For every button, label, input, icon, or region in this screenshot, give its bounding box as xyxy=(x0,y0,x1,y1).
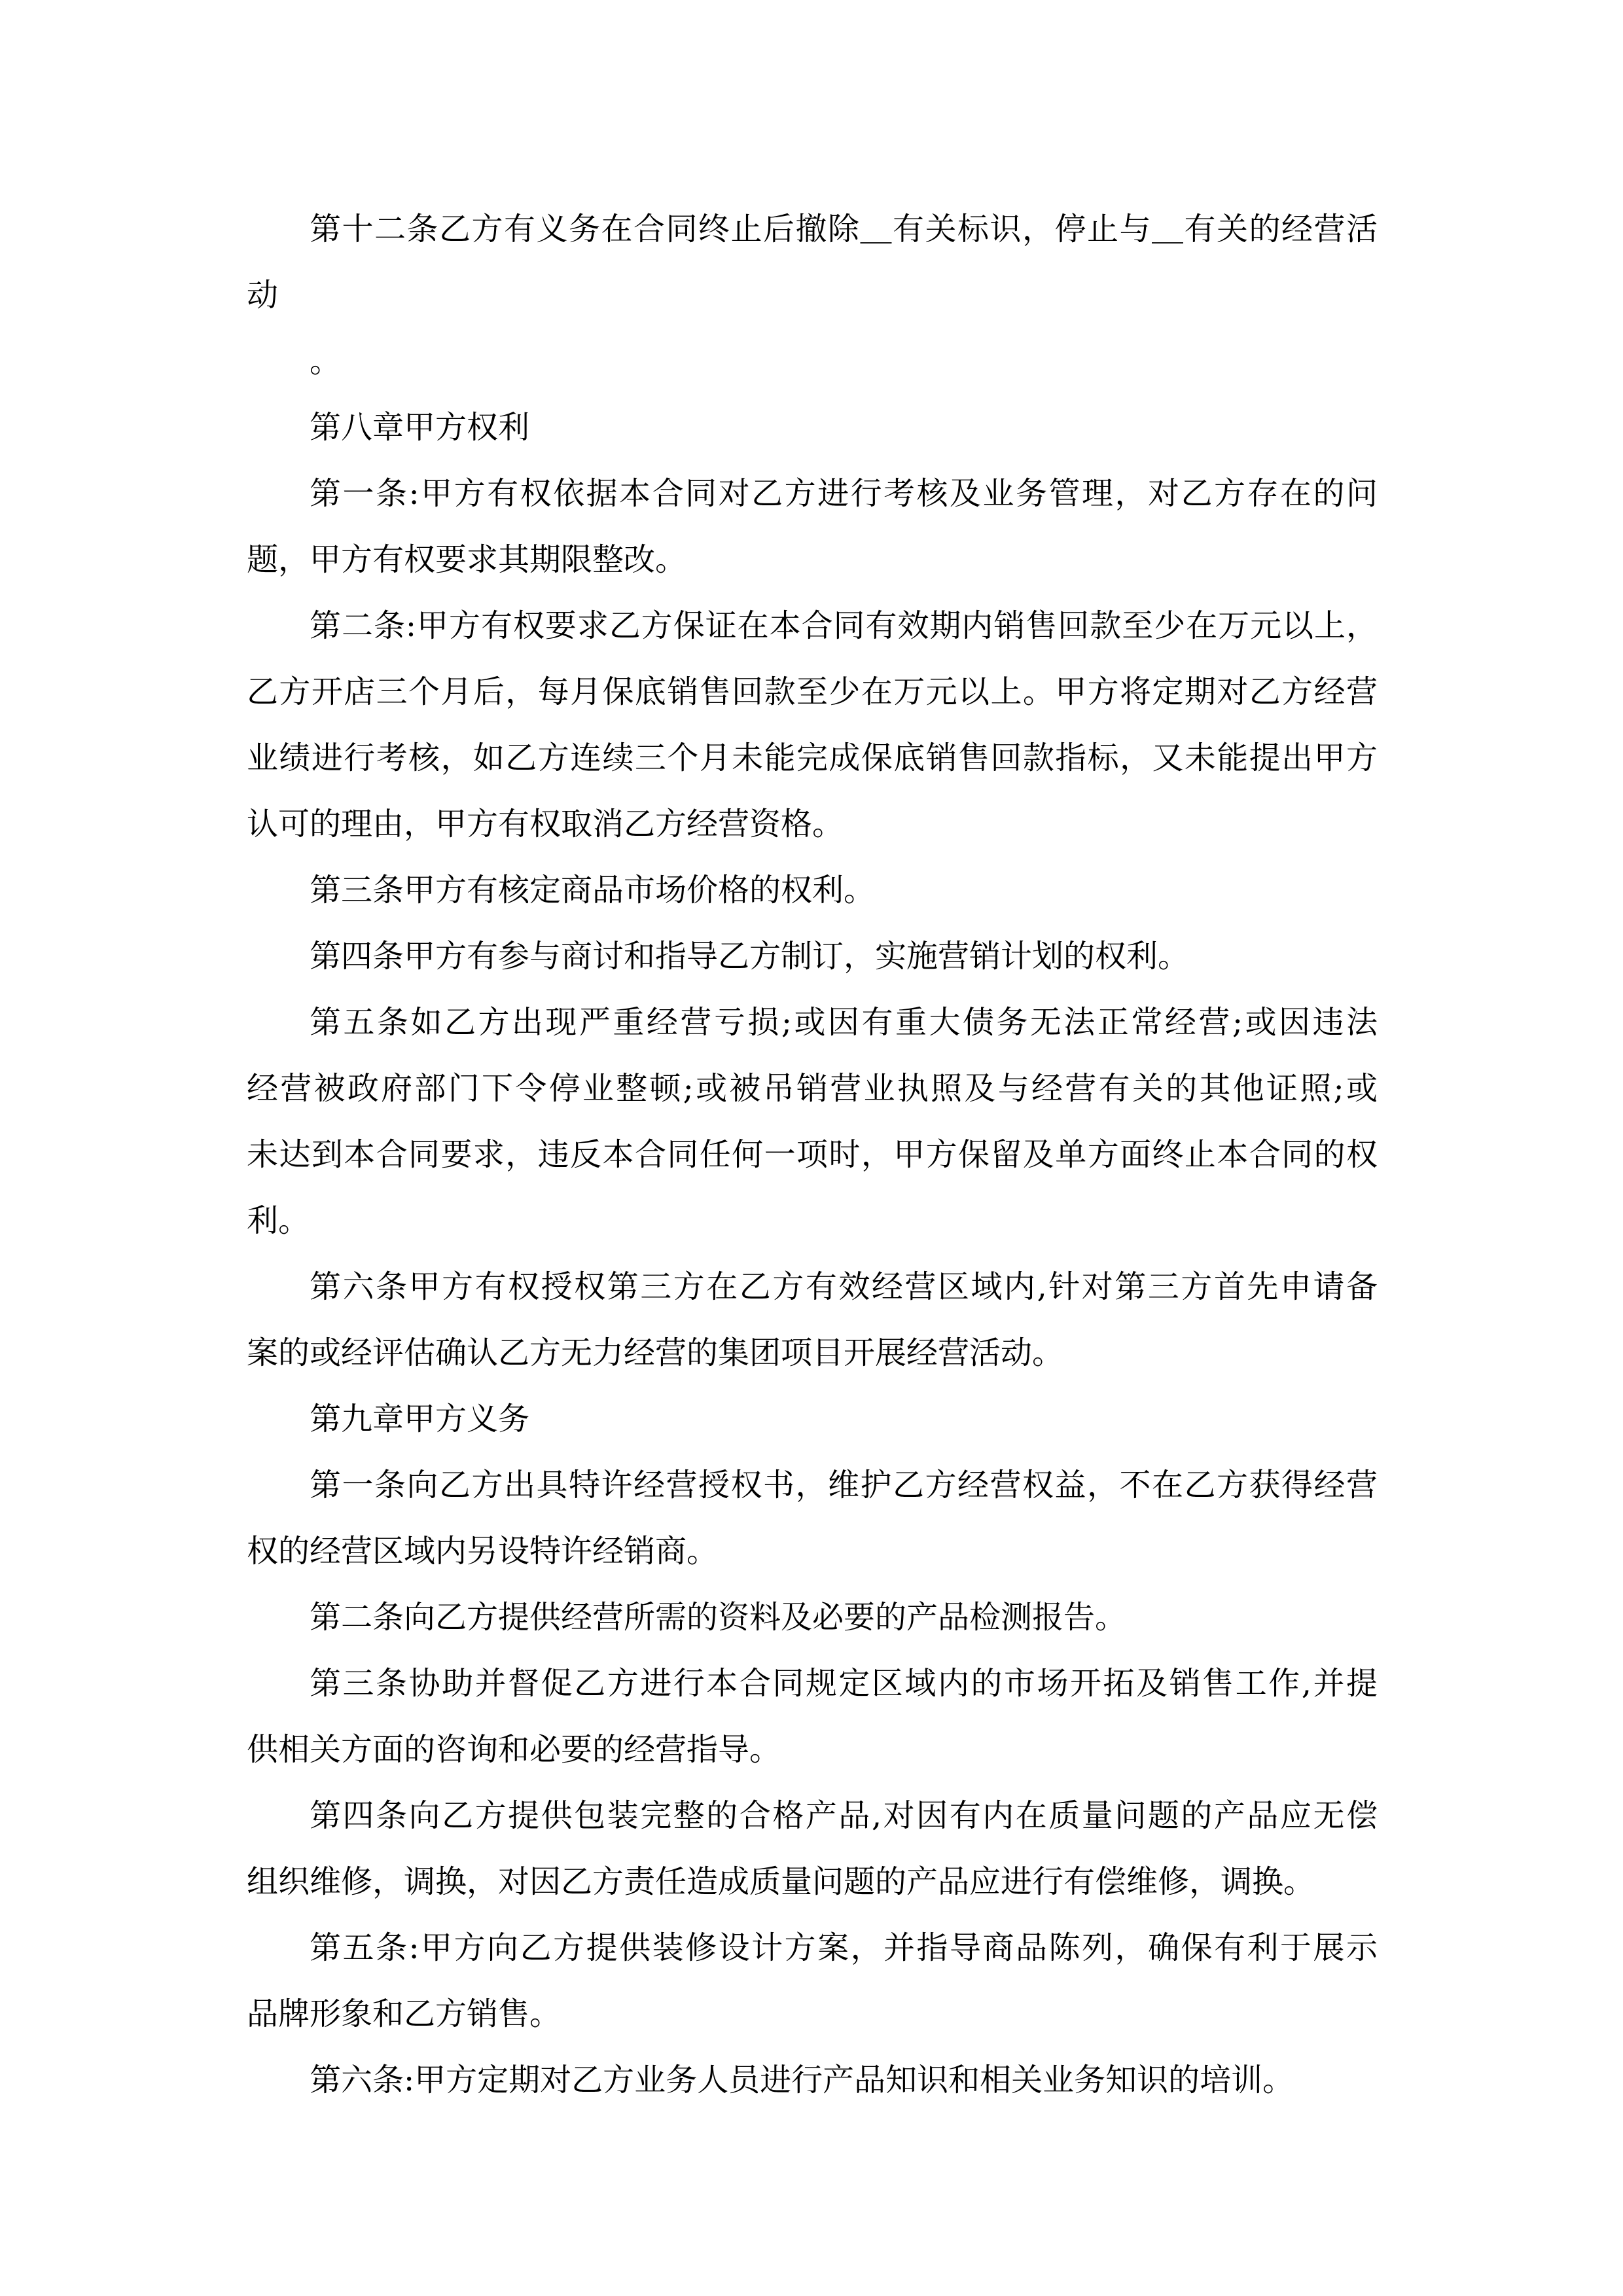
paragraph-line: 业绩进行考核，如乙方连续三个月未能完成保底销售回款指标，又未能提出甲方 xyxy=(247,725,1378,791)
document-page: 第十二条乙方有义务在合同终止后撤除＿有关标识，停止与＿有关的经营活 动 。 第八… xyxy=(247,196,1385,2113)
paragraph-line: 供相关方面的咨询和必要的经营指导。 xyxy=(247,1717,1385,1783)
paragraph-line: 第六条:甲方定期对乙方业务人员进行产品知识和相关业务知识的培训。 xyxy=(247,2047,1385,2113)
paragraph-line: 第四条甲方有参与商讨和指导乙方制订，实施营销计划的权利。 xyxy=(247,924,1385,990)
paragraph-line: 第三条协助并督促乙方进行本合同规定区域内的市场开拓及销售工作,并提 xyxy=(247,1651,1378,1717)
paragraph-line: 第五条:甲方向乙方提供装修设计方案，并指导商品陈列，确保有利于展示 xyxy=(247,1915,1378,1981)
paragraph-line: 动 xyxy=(247,262,1385,329)
paragraph-line: 第五条如乙方出现严重经营亏损;或因有重大债务无法正常经营;或因违法 xyxy=(247,990,1378,1056)
chapter-heading: 第八章甲方权利 xyxy=(247,395,1385,461)
paragraph-line: 案的或经评估确认乙方无力经营的集团项目开展经营活动。 xyxy=(247,1320,1385,1386)
paragraph-line: 题，甲方有权要求其期限整改。 xyxy=(247,527,1385,593)
paragraph-line: 第四条向乙方提供包装完整的合格产品,对因有内在质量问题的产品应无偿 xyxy=(247,1783,1378,1849)
paragraph-line: 第十二条乙方有义务在合同终止后撤除＿有关标识，停止与＿有关的经营活 xyxy=(247,196,1378,262)
paragraph-line: 权的经营区域内另设特许经销商。 xyxy=(247,1518,1385,1585)
paragraph-line: 第一条:甲方有权依据本合同对乙方进行考核及业务管理，对乙方存在的问 xyxy=(247,461,1378,527)
paragraph-line: 。 xyxy=(247,329,1385,395)
paragraph-line: 未达到本合同要求，违反本合同任何一项时，甲方保留及单方面终止本合同的权 xyxy=(247,1122,1378,1188)
paragraph-line: 乙方开店三个月后，每月保底销售回款至少在万元以上。甲方将定期对乙方经营 xyxy=(247,659,1378,725)
paragraph-line: 品牌形象和乙方销售。 xyxy=(247,1981,1385,2047)
paragraph-line: 利。 xyxy=(247,1188,1385,1254)
paragraph-line: 第一条向乙方出具特许经营授权书，维护乙方经营权益，不在乙方获得经营 xyxy=(247,1452,1378,1518)
paragraph-line: 组织维修，调换，对因乙方责任造成质量问题的产品应进行有偿维修，调换。 xyxy=(247,1849,1385,1915)
paragraph-line: 第六条甲方有权授权第三方在乙方有效经营区域内,针对第三方首先申请备 xyxy=(247,1254,1378,1320)
paragraph-line: 认可的理由，甲方有权取消乙方经营资格。 xyxy=(247,791,1385,857)
paragraph-line: 第二条向乙方提供经营所需的资料及必要的产品检测报告。 xyxy=(247,1585,1385,1651)
paragraph-line: 经营被政府部门下令停业整顿;或被吊销营业执照及与经营有关的其他证照;或 xyxy=(247,1056,1378,1122)
paragraph-line: 第二条:甲方有权要求乙方保证在本合同有效期内销售回款至少在万元以上， xyxy=(247,593,1378,659)
chapter-heading: 第九章甲方义务 xyxy=(247,1386,1385,1452)
paragraph-line: 第三条甲方有核定商品市场价格的权利。 xyxy=(247,857,1385,924)
